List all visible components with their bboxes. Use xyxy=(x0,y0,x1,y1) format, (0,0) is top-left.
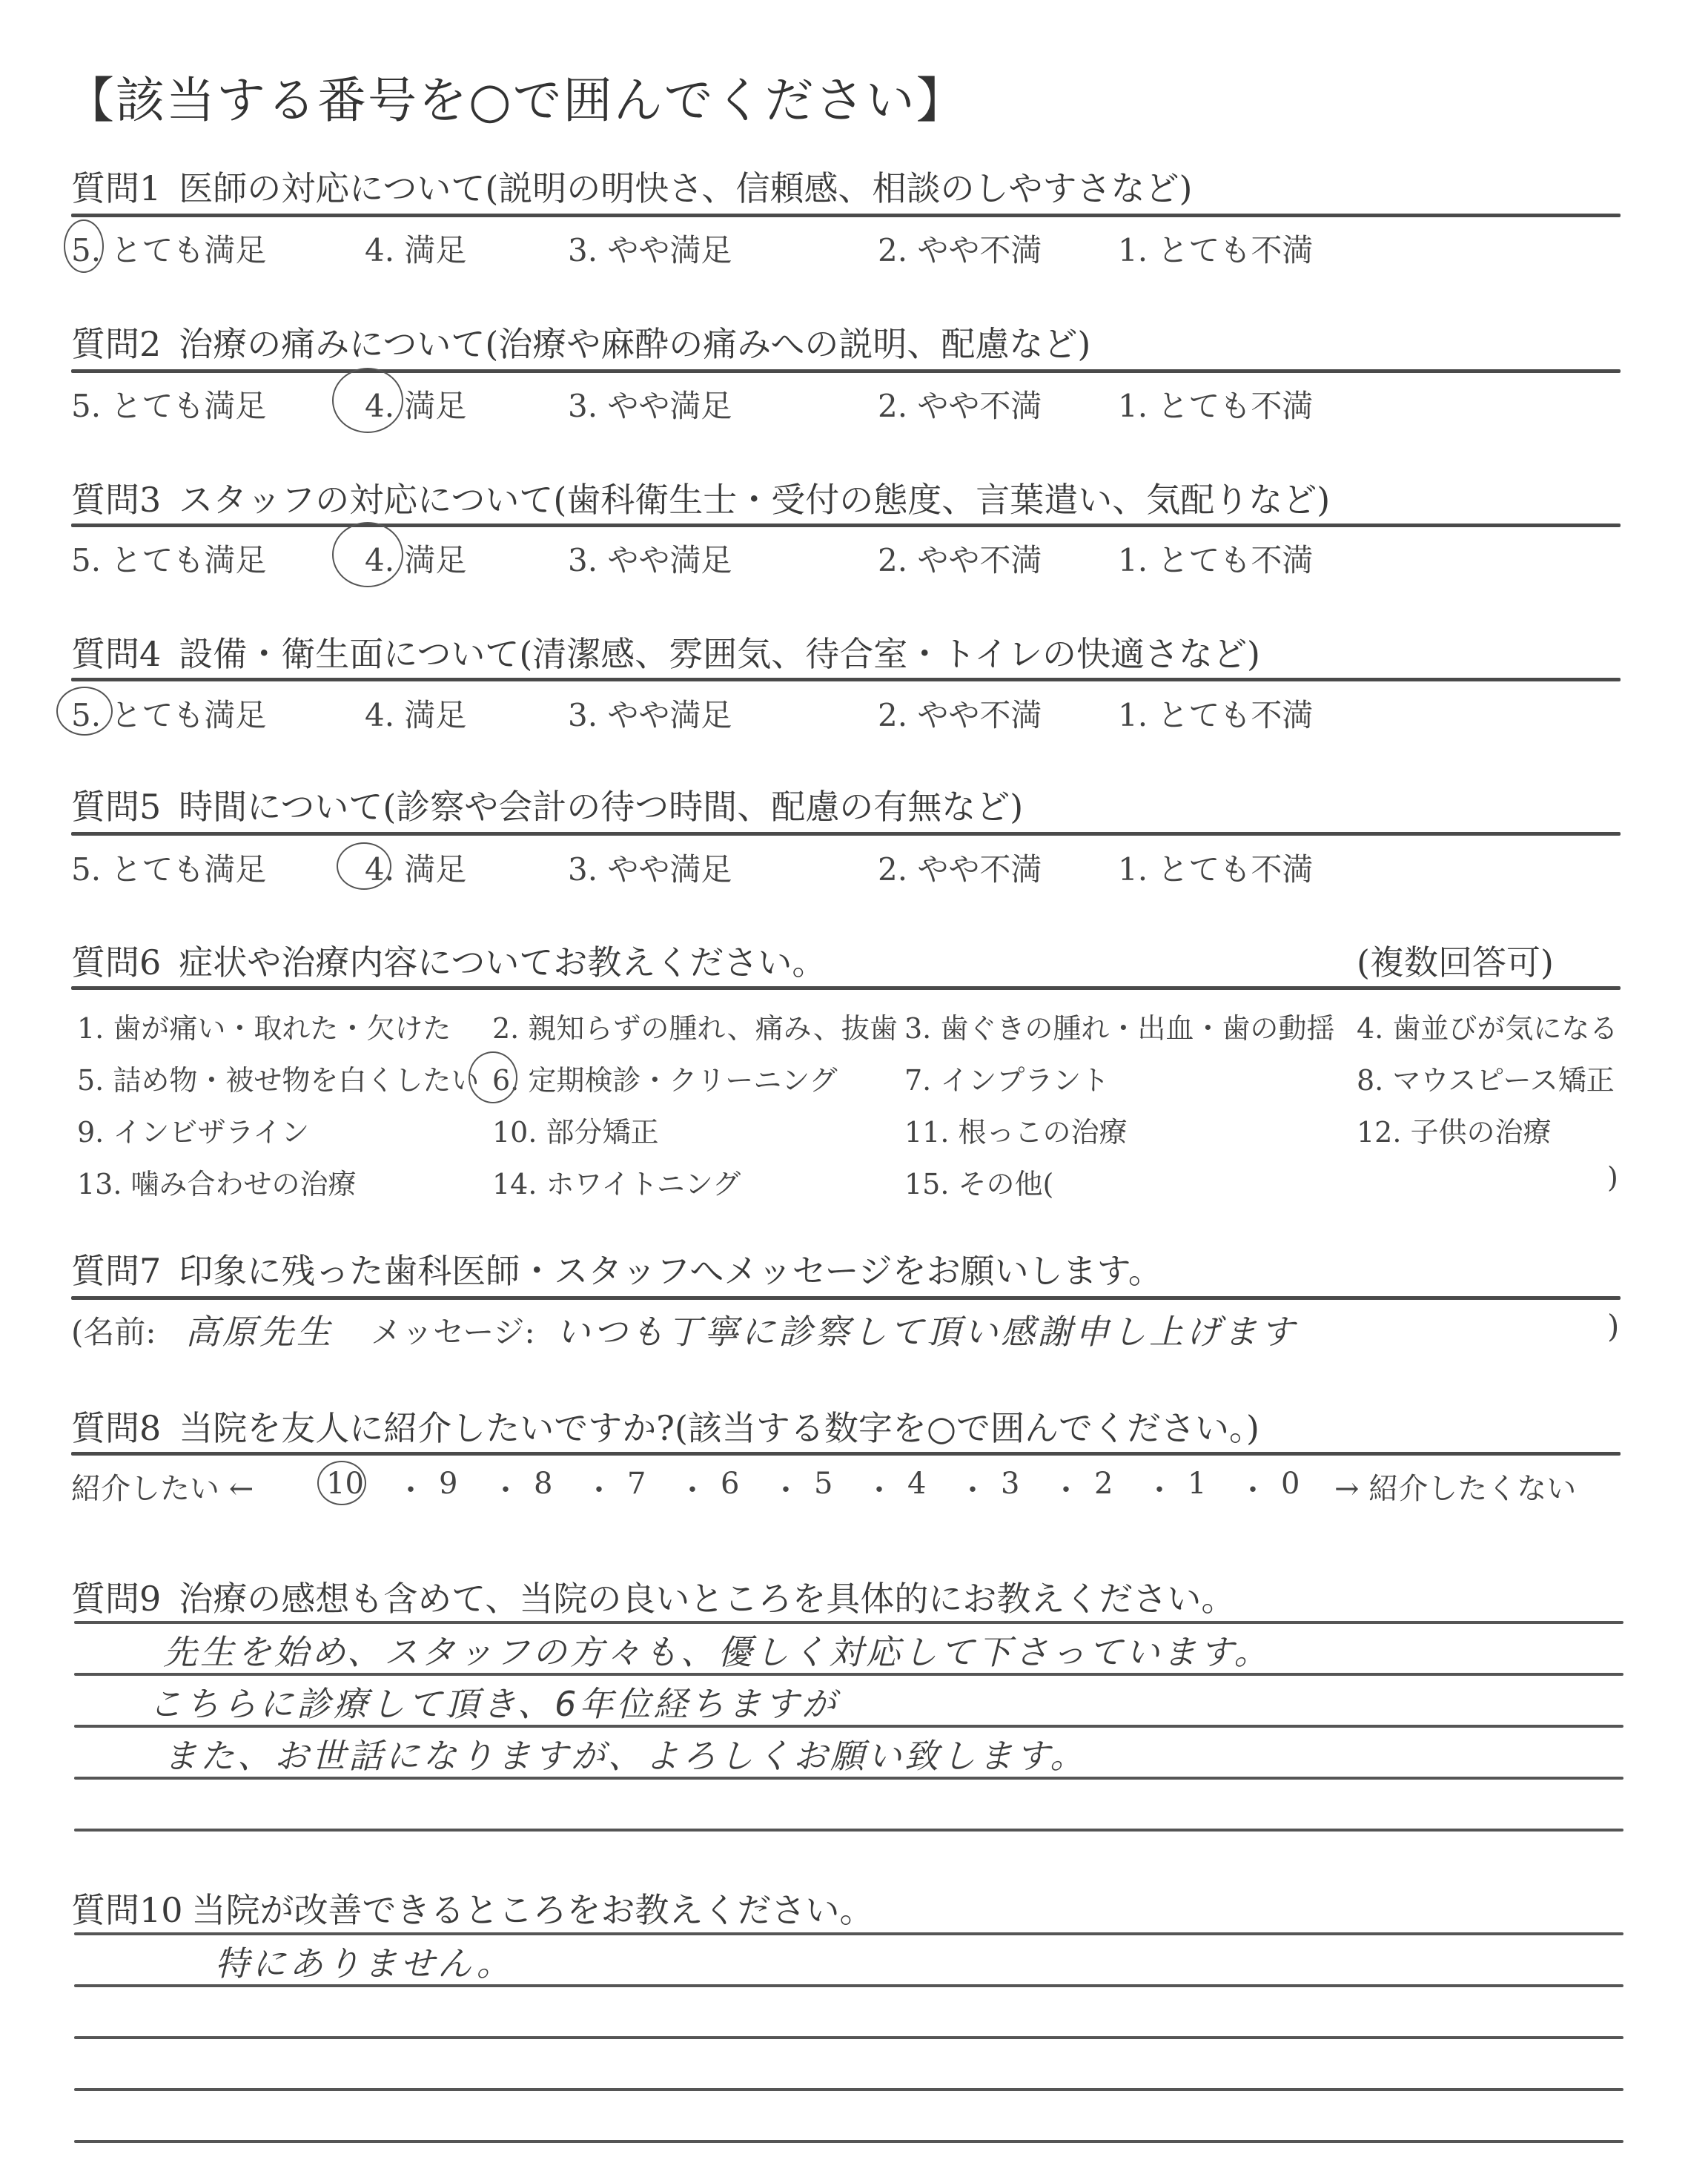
question-3-text: スタッフの対応について(歯科衛生士・受付の態度、言葉遣い、気配りなど) xyxy=(179,480,1330,520)
q1-option-1[interactable]: 1. とても不満 xyxy=(1118,226,1313,271)
question-10-number: 質問10 xyxy=(71,1890,183,1930)
q8-scale-9[interactable]: 9 xyxy=(439,1467,457,1501)
q4-option-4[interactable]: 4. 満足 xyxy=(365,691,466,736)
q8-scale-2[interactable]: 2 xyxy=(1094,1467,1113,1501)
q2-option-2[interactable]: 2. やや不満 xyxy=(878,382,1042,426)
q6-item-10[interactable]: 10. 部分矯正 xyxy=(492,1109,659,1150)
question-4-rule xyxy=(71,678,1621,681)
q2-option-1[interactable]: 1. とても不満 xyxy=(1118,382,1313,426)
q6-item-14[interactable]: 14. ホワイトニング xyxy=(492,1161,741,1202)
q8-separator-dot: ・ xyxy=(771,1467,801,1509)
q9-answer-line-1[interactable]: 先生を始め、スタッフの方々も、優しく対応して下さっています。 xyxy=(163,1625,1271,1674)
q8-separator-dot: ・ xyxy=(396,1467,426,1509)
question-8-number: 質問8 xyxy=(71,1408,161,1448)
question-6-note: (複数回答可) xyxy=(1357,936,1554,985)
question-3-rule xyxy=(71,524,1621,527)
q7-close-paren: ) xyxy=(1607,1308,1619,1344)
q6-item-15[interactable]: 15. その他( xyxy=(904,1161,1053,1202)
q8-scale-3[interactable]: 3 xyxy=(1001,1467,1019,1501)
q6-item-12[interactable]: 12. 子供の治療 xyxy=(1357,1109,1552,1150)
q10-line-5 xyxy=(74,2140,1623,2143)
q7-name-label: (名前: xyxy=(71,1308,156,1353)
q4-option-2[interactable]: 2. やや不満 xyxy=(878,691,1042,736)
question-5-rule xyxy=(71,832,1621,836)
question-9-number: 質問9 xyxy=(71,1579,161,1619)
question-3-number: 質問3 xyxy=(71,480,161,520)
q8-separator-dot: ・ xyxy=(1051,1467,1081,1509)
q9-line-4 xyxy=(74,1777,1623,1780)
q8-right-label: → 紹介したくない xyxy=(1334,1465,1576,1507)
question-7-text: 印象に残った歯科医師・スタッフへメッセージをお願いします。 xyxy=(179,1251,1162,1291)
q8-scale-8[interactable]: 8 xyxy=(534,1467,552,1501)
q10-answer-line-1[interactable]: 特にありません。 xyxy=(215,1937,514,1986)
q2-option-3[interactable]: 3. やや満足 xyxy=(568,382,732,426)
q10-line-2 xyxy=(74,1984,1623,1987)
q5-option-2[interactable]: 2. やや不満 xyxy=(878,845,1042,890)
q6-item-15-close-paren: ) xyxy=(1607,1161,1618,1194)
question-9-text: 治療の感想も含めて、当院の良いところを具体的にお教えください。 xyxy=(179,1579,1235,1619)
q8-scale-5[interactable]: 5 xyxy=(814,1467,833,1501)
question-10-text: 当院が改善できるところをお教えください。 xyxy=(192,1890,874,1930)
q4-option-3[interactable]: 3. やや満足 xyxy=(568,691,732,736)
q6-item-9[interactable]: 9. インビザライン xyxy=(77,1109,309,1150)
q8-left-label: 紹介したい ← xyxy=(71,1465,254,1507)
q8-scale-0[interactable]: 0 xyxy=(1281,1467,1300,1501)
q5-option-1[interactable]: 1. とても不満 xyxy=(1118,845,1313,890)
q6-item-7[interactable]: 7. インプラント xyxy=(904,1057,1109,1098)
q9-line-2 xyxy=(74,1673,1623,1676)
question-7-number: 質問7 xyxy=(71,1251,161,1291)
q10-line-3 xyxy=(74,2036,1623,2039)
q1-option-5[interactable]: 5. とても満足 xyxy=(71,226,266,271)
q3-option-3[interactable]: 3. やや満足 xyxy=(568,536,732,581)
q2-option-5[interactable]: 5. とても満足 xyxy=(71,382,266,426)
question-5-heading: 質問5時間について(診察や会計の待つ時間、配慮の有無など) xyxy=(71,780,1023,829)
question-1-text: 医師の対応について(説明の明快さ、信頼感、相談のしやすさなど) xyxy=(179,168,1192,208)
question-5-number: 質問5 xyxy=(71,787,161,827)
q8-separator-dot: ・ xyxy=(491,1467,520,1509)
q6-item-5[interactable]: 5. 詰め物・被せ物を白くしたい xyxy=(77,1057,479,1098)
question-2-text: 治療の痛みについて(治療や麻酔の痛みへの説明、配慮など) xyxy=(179,324,1090,364)
q6-item-3[interactable]: 3. 歯ぐきの腫れ・出血・歯の動揺 xyxy=(904,1005,1334,1046)
q8-separator-dot: ・ xyxy=(1145,1467,1174,1509)
question-8-heading: 質問8当院を友人に紹介したいですか?(該当する数字を○で囲んでください。) xyxy=(71,1401,1260,1450)
q8-separator-dot: ・ xyxy=(864,1467,894,1509)
q5-option-3[interactable]: 3. やや満足 xyxy=(568,845,732,890)
question-2-rule xyxy=(71,369,1621,373)
question-4-text: 設備・衛生面について(清潔感、雰囲気、待合室・トイレの快適さなど) xyxy=(179,634,1260,674)
page-title: 【該当する番号を○で囲んでください】 xyxy=(65,61,967,131)
question-5-text: 時間について(診察や会計の待つ時間、配慮の有無など) xyxy=(179,787,1023,827)
question-4-heading: 質問4設備・衛生面について(清潔感、雰囲気、待合室・トイレの快適さなど) xyxy=(71,627,1260,676)
q3-option-2[interactable]: 2. やや不満 xyxy=(878,536,1042,581)
q9-line-3 xyxy=(74,1725,1623,1728)
q6-item-13[interactable]: 13. 噛み合わせの治療 xyxy=(77,1161,357,1202)
question-1-number: 質問1 xyxy=(71,168,161,208)
question-7-rule xyxy=(71,1296,1621,1300)
q10-line-1 xyxy=(74,1932,1623,1935)
q1-option-2[interactable]: 2. やや不満 xyxy=(878,226,1042,271)
question-10-heading: 質問10当院が改善できるところをお教えください。 xyxy=(71,1883,874,1932)
q8-scale-10[interactable]: 10 xyxy=(326,1467,364,1501)
q8-separator-dot: ・ xyxy=(1238,1467,1268,1509)
q3-option-5[interactable]: 5. とても満足 xyxy=(71,536,266,581)
question-3-heading: 質問3スタッフの対応について(歯科衛生士・受付の態度、言葉遣い、気配りなど) xyxy=(71,473,1330,522)
question-2-heading: 質問2治療の痛みについて(治療や麻酔の痛みへの説明、配慮など) xyxy=(71,317,1090,366)
q8-scale-4[interactable]: 4 xyxy=(907,1467,926,1501)
q6-item-4[interactable]: 4. 歯並びが気になる xyxy=(1357,1005,1618,1046)
question-6-rule xyxy=(71,986,1621,990)
q9-line-5 xyxy=(74,1829,1623,1832)
q8-separator-dot: ・ xyxy=(678,1467,707,1509)
q5-option-5[interactable]: 5. とても満足 xyxy=(71,845,266,890)
q3-option-1[interactable]: 1. とても不満 xyxy=(1118,536,1313,581)
q4-option-5[interactable]: 5. とても満足 xyxy=(71,691,266,736)
q5-option-4[interactable]: 4. 満足 xyxy=(365,845,466,890)
q8-separator-dot: ・ xyxy=(958,1467,987,1509)
q6-item-8[interactable]: 8. マウスピース矯正 xyxy=(1357,1057,1615,1098)
q1-option-4[interactable]: 4. 満足 xyxy=(365,226,466,271)
question-9-heading: 質問9治療の感想も含めて、当院の良いところを具体的にお教えください。 xyxy=(71,1572,1235,1621)
q9-answer-line-3[interactable]: また、お世話になりますが、よろしくお願い致します。 xyxy=(163,1729,1087,1778)
q9-answer-line-2[interactable]: こちらに診療して頂き、6年位経ちますが xyxy=(148,1677,838,1726)
q7-message-label: メッセージ: xyxy=(371,1308,535,1353)
q9-line-1 xyxy=(74,1621,1623,1624)
q7-message-value[interactable]: いつも丁寧に診察して頂い感謝申し上げます xyxy=(556,1305,1297,1354)
q6-item-2[interactable]: 2. 親知らずの腫れ、痛み、抜歯 xyxy=(492,1005,898,1046)
q8-scale-1[interactable]: 1 xyxy=(1188,1467,1206,1501)
q6-item-11[interactable]: 11. 根っこの治療 xyxy=(904,1109,1128,1150)
q2-option-4[interactable]: 4. 満足 xyxy=(365,382,466,426)
question-1-rule xyxy=(71,214,1621,217)
question-4-number: 質問4 xyxy=(71,634,161,674)
question-1-heading: 質問1医師の対応について(説明の明快さ、信頼感、相談のしやすさなど) xyxy=(71,162,1192,211)
q4-option-1[interactable]: 1. とても不満 xyxy=(1118,691,1313,736)
q7-name-value[interactable]: 高原先生 xyxy=(185,1305,334,1354)
q6-item-6[interactable]: 6. 定期検診・クリーニング xyxy=(492,1057,838,1098)
q8-scale-7[interactable]: 7 xyxy=(627,1467,646,1501)
q10-line-4 xyxy=(74,2088,1623,2091)
question-6-number: 質問6 xyxy=(71,942,161,982)
q3-option-4[interactable]: 4. 満足 xyxy=(365,536,466,581)
question-6-text: 症状や治療内容についてお教えください。 xyxy=(179,942,826,982)
question-2-number: 質問2 xyxy=(71,324,161,364)
question-7-heading: 質問7印象に残った歯科医師・スタッフへメッセージをお願いします。 xyxy=(71,1244,1162,1293)
question-8-text: 当院を友人に紹介したいですか?(該当する数字を○で囲んでください。) xyxy=(179,1408,1260,1448)
q8-separator-dot: ・ xyxy=(584,1467,614,1509)
q8-scale-6[interactable]: 6 xyxy=(721,1467,739,1501)
q6-item-1[interactable]: 1. 歯が痛い・取れた・欠けた xyxy=(77,1005,451,1046)
question-8-rule xyxy=(71,1452,1621,1456)
question-6-heading: 質問6症状や治療内容についてお教えください。 xyxy=(71,936,826,985)
q1-option-3[interactable]: 3. やや満足 xyxy=(568,226,732,271)
